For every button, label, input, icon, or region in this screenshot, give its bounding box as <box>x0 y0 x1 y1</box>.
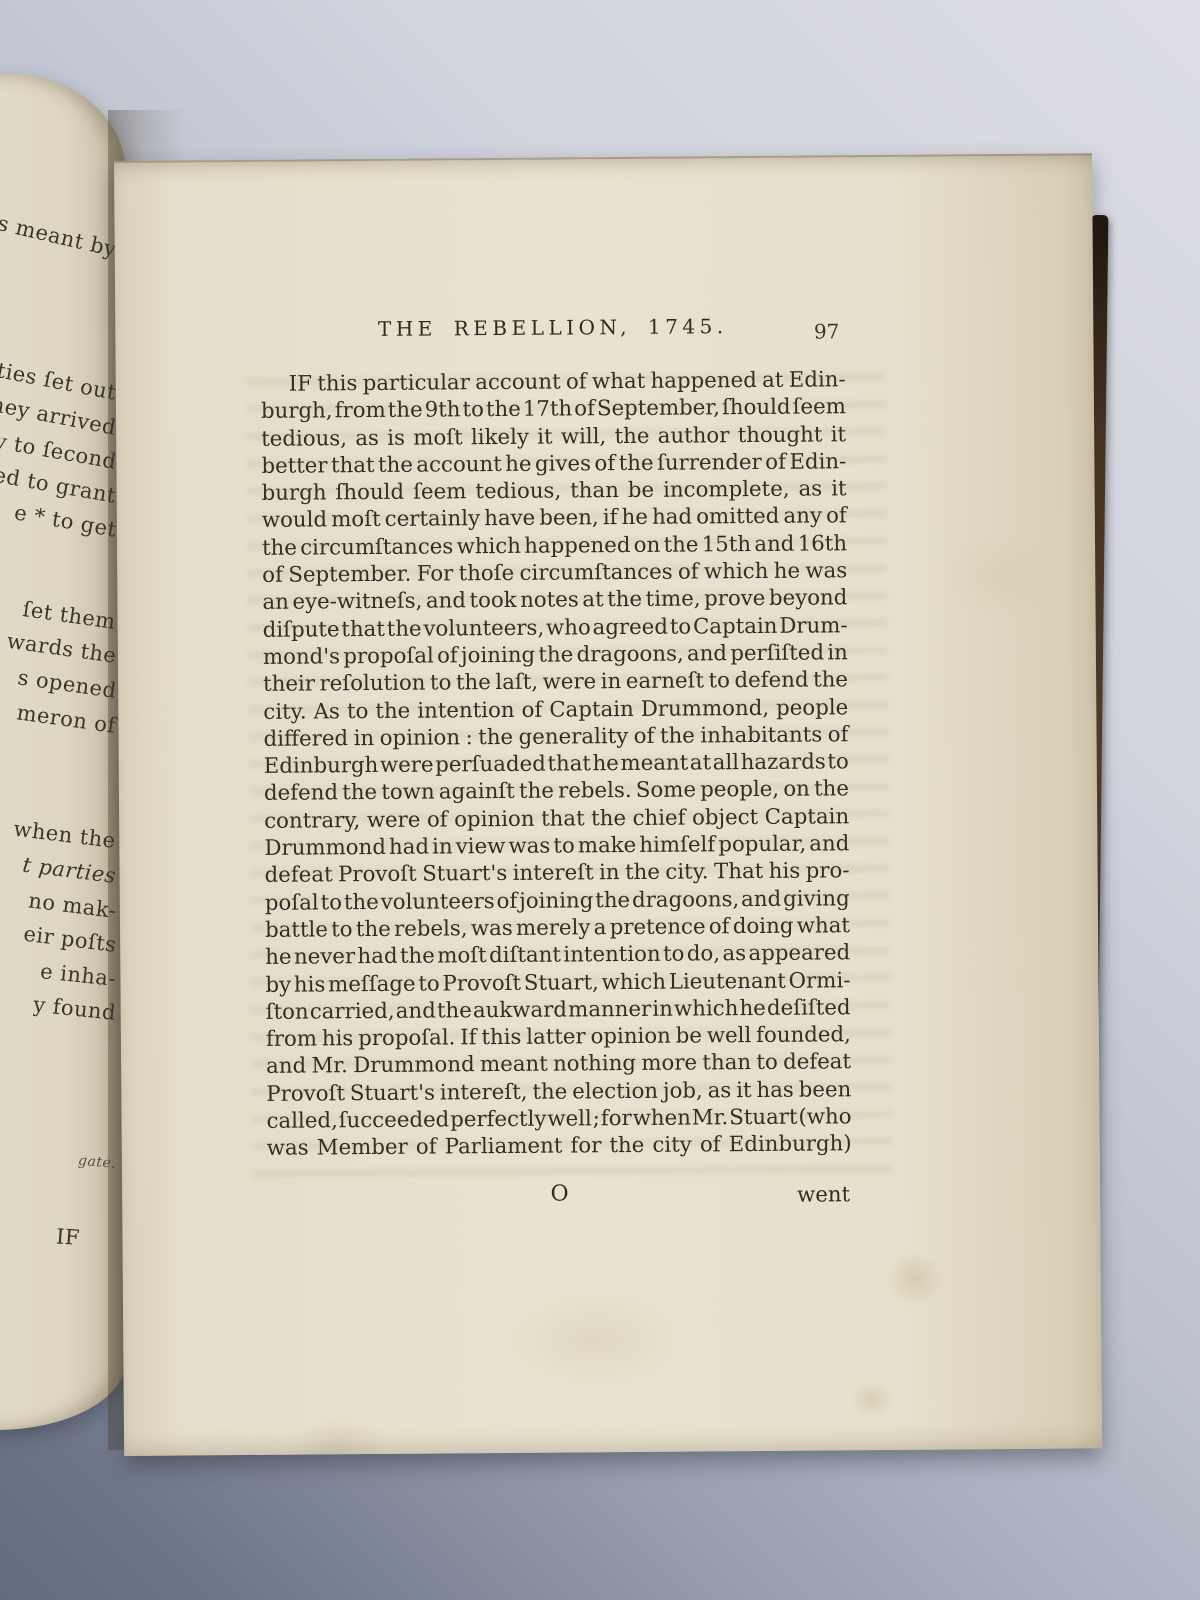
left-page-fragment: eir poſts <box>22 922 118 957</box>
body-line: defendthetownagainſttherebels.Somepeople… <box>264 776 849 808</box>
page-number: 97 <box>814 319 840 343</box>
right-page-catchword: went <box>797 1182 850 1207</box>
left-page-catchword: IF <box>55 1224 80 1250</box>
left-page-fragment: ſet them <box>22 597 118 634</box>
left-page-fragment: s opened <box>16 665 118 703</box>
left-page-fragment: when the <box>13 817 118 853</box>
book-photo: s meant byuties ſet outthey arrivedy to … <box>0 0 1200 1600</box>
left-page-fragment: e * to get <box>12 500 118 542</box>
left-page: s meant byuties ſet outthey arrivedy to … <box>0 74 126 1430</box>
left-page-fragment: gate. <box>77 1153 116 1172</box>
left-page-fragment: s meant by <box>0 211 119 262</box>
left-page-fragment: wards the <box>5 629 118 668</box>
signature-mark: O <box>267 1179 852 1209</box>
header-title: THE REBELLION, 1745. <box>260 313 845 342</box>
left-page-fragment: t parties <box>21 853 117 888</box>
body-line: wasMemberofParliamentforthecityofEdinbur… <box>267 1131 852 1163</box>
left-page-fragment: y found <box>32 992 117 1025</box>
left-page-fragment: no mak- <box>27 888 118 923</box>
body-text: IFthisparticularaccountofwhathappenedatE… <box>261 366 852 1162</box>
signature-row: O went <box>267 1179 852 1212</box>
right-page: THE REBELLION, 1745. 97 IFthisparticular… <box>114 153 1102 1456</box>
left-page-fragment: meron of <box>16 700 118 738</box>
left-page-fragment: e inha- <box>39 959 117 991</box>
running-header: THE REBELLION, 1745. 97 <box>260 313 845 348</box>
